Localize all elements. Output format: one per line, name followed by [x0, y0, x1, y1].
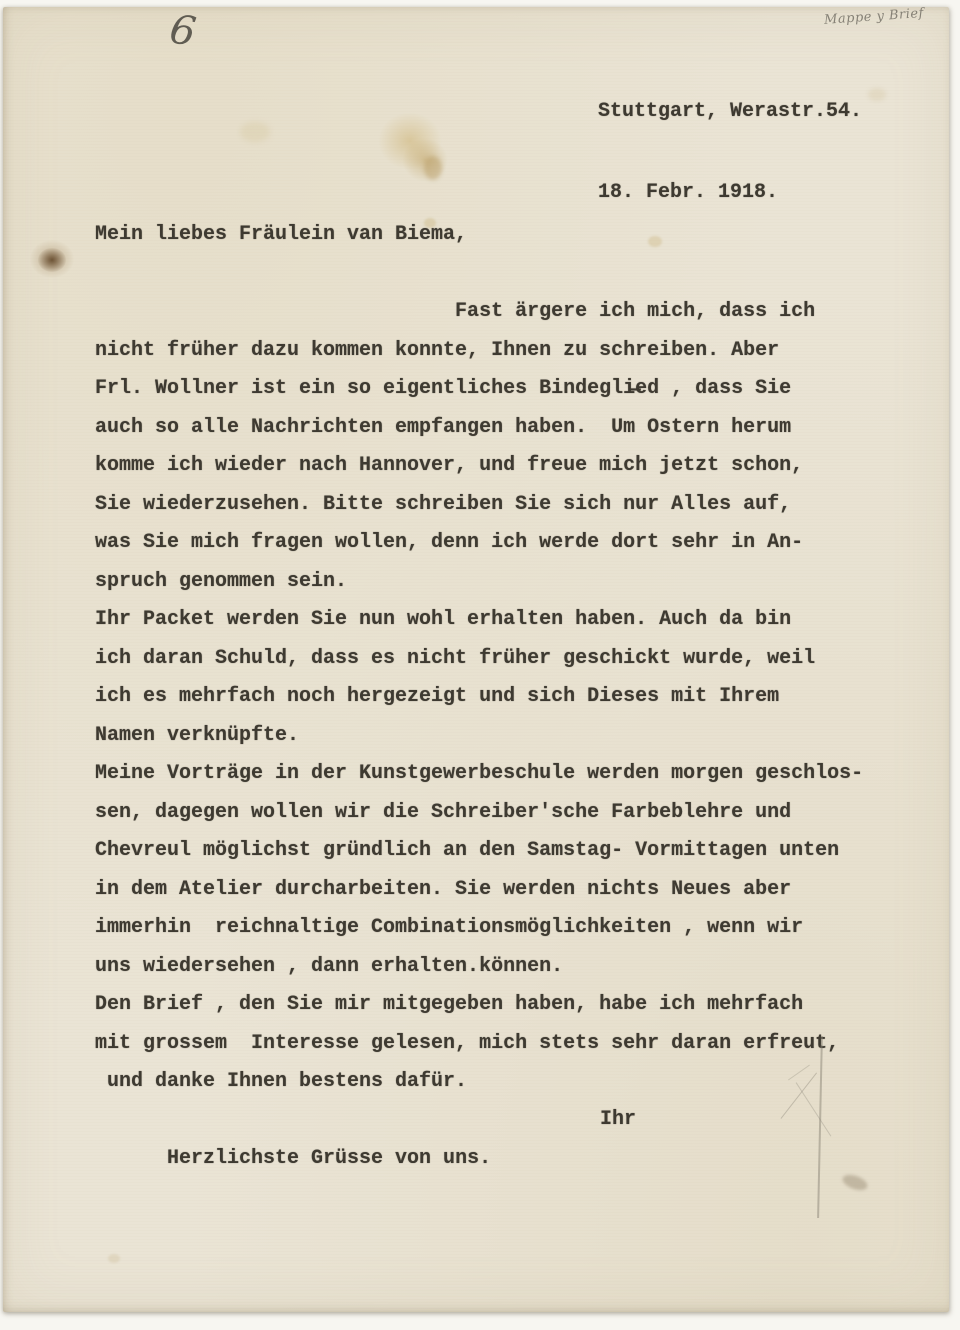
handwritten-page-number: 6: [167, 6, 199, 55]
typewritten-line: nicht früher dazu kommen konnte, Ihnen z…: [95, 332, 885, 371]
stain-mark: [30, 240, 74, 278]
letter-heading: Stuttgart, Werastr.54. 18. Febr. 1918.: [598, 44, 862, 260]
handwritten-archive-note: Mappe y Brief: [824, 3, 960, 28]
letter-body: Fast ärgere ich mich, dass ichnicht früh…: [95, 293, 885, 1102]
closing-text: Herzlichste Grüsse von uns.: [167, 1147, 491, 1170]
scanned-letter-page: 6 Mappe y Brief Stuttgart, Werastr.54. 1…: [0, 0, 960, 1330]
salutation: Mein liebes Fräulein van Biema,: [95, 222, 467, 248]
stain-mark: [424, 156, 442, 180]
stain-mark: [378, 112, 442, 170]
typewritten-line: Chevreul möglichst gründlich an den Sams…: [95, 832, 885, 871]
stain-mark: [108, 1254, 120, 1263]
stain-mark: [841, 1172, 870, 1193]
typewritten-line: Den Brief , den Sie mir mitgegeben haben…: [95, 986, 885, 1025]
stain-mark: [868, 88, 886, 101]
closing-row: Herzlichste Grüsse von uns. Ihr: [95, 1101, 815, 1140]
typewritten-line: auch so alle Nachrichten empfangen haben…: [95, 409, 885, 448]
typewritten-line: was Sie mich fragen wollen, denn ich wer…: [95, 524, 885, 563]
typewritten-line: komme ich wieder nach Hannover, und freu…: [95, 447, 885, 486]
typewritten-line: Meine Vorträge in der Kunstgewerbeschule…: [95, 755, 885, 794]
stain-mark: [402, 138, 448, 182]
letter-content: 6 Mappe y Brief Stuttgart, Werastr.54. 1…: [0, 0, 960, 1330]
typewritten-line: und danke Ihnen bestens dafür.: [95, 1063, 885, 1102]
signature: Ihr: [600, 1101, 636, 1140]
typewritten-line: Fast ärgere ich mich, dass ich: [95, 293, 885, 332]
typewritten-line: Namen verknüpfte.: [95, 717, 885, 756]
typewritten-line: mit grossem Interesse gelesen, mich stet…: [95, 1025, 885, 1064]
typewritten-line: ich es mehrfach noch hergezeigt und sich…: [95, 678, 885, 717]
stain-mark: [38, 248, 66, 272]
typewritten-line: sen, dagegen wollen wir die Schreiber'sc…: [95, 794, 885, 833]
sender-address: Stuttgart, Werastr.54.: [598, 98, 862, 125]
letter-date: 18. Febr. 1918.: [598, 179, 862, 206]
typewritten-line: immerhin reichnaltige Combinationsmöglic…: [95, 909, 885, 948]
typewritten-line: in dem Atelier durcharbeiten. Sie werden…: [95, 871, 885, 910]
typewritten-line: ich daran Schuld, dass es nicht früher g…: [95, 640, 885, 679]
typewritten-line: Frl. Wollner ist ein so eigentliches Bin…: [95, 370, 885, 409]
typewritten-line: spruch genommen sein.: [95, 563, 885, 602]
stain-mark: [240, 122, 270, 142]
typewritten-line: uns wiedersehen , dann erhalten.können.: [95, 948, 885, 987]
typewritten-line: Ihr Packet werden Sie nun wohl erhalten …: [95, 601, 885, 640]
typewritten-line: Sie wiederzusehen. Bitte schreiben Sie s…: [95, 486, 885, 525]
